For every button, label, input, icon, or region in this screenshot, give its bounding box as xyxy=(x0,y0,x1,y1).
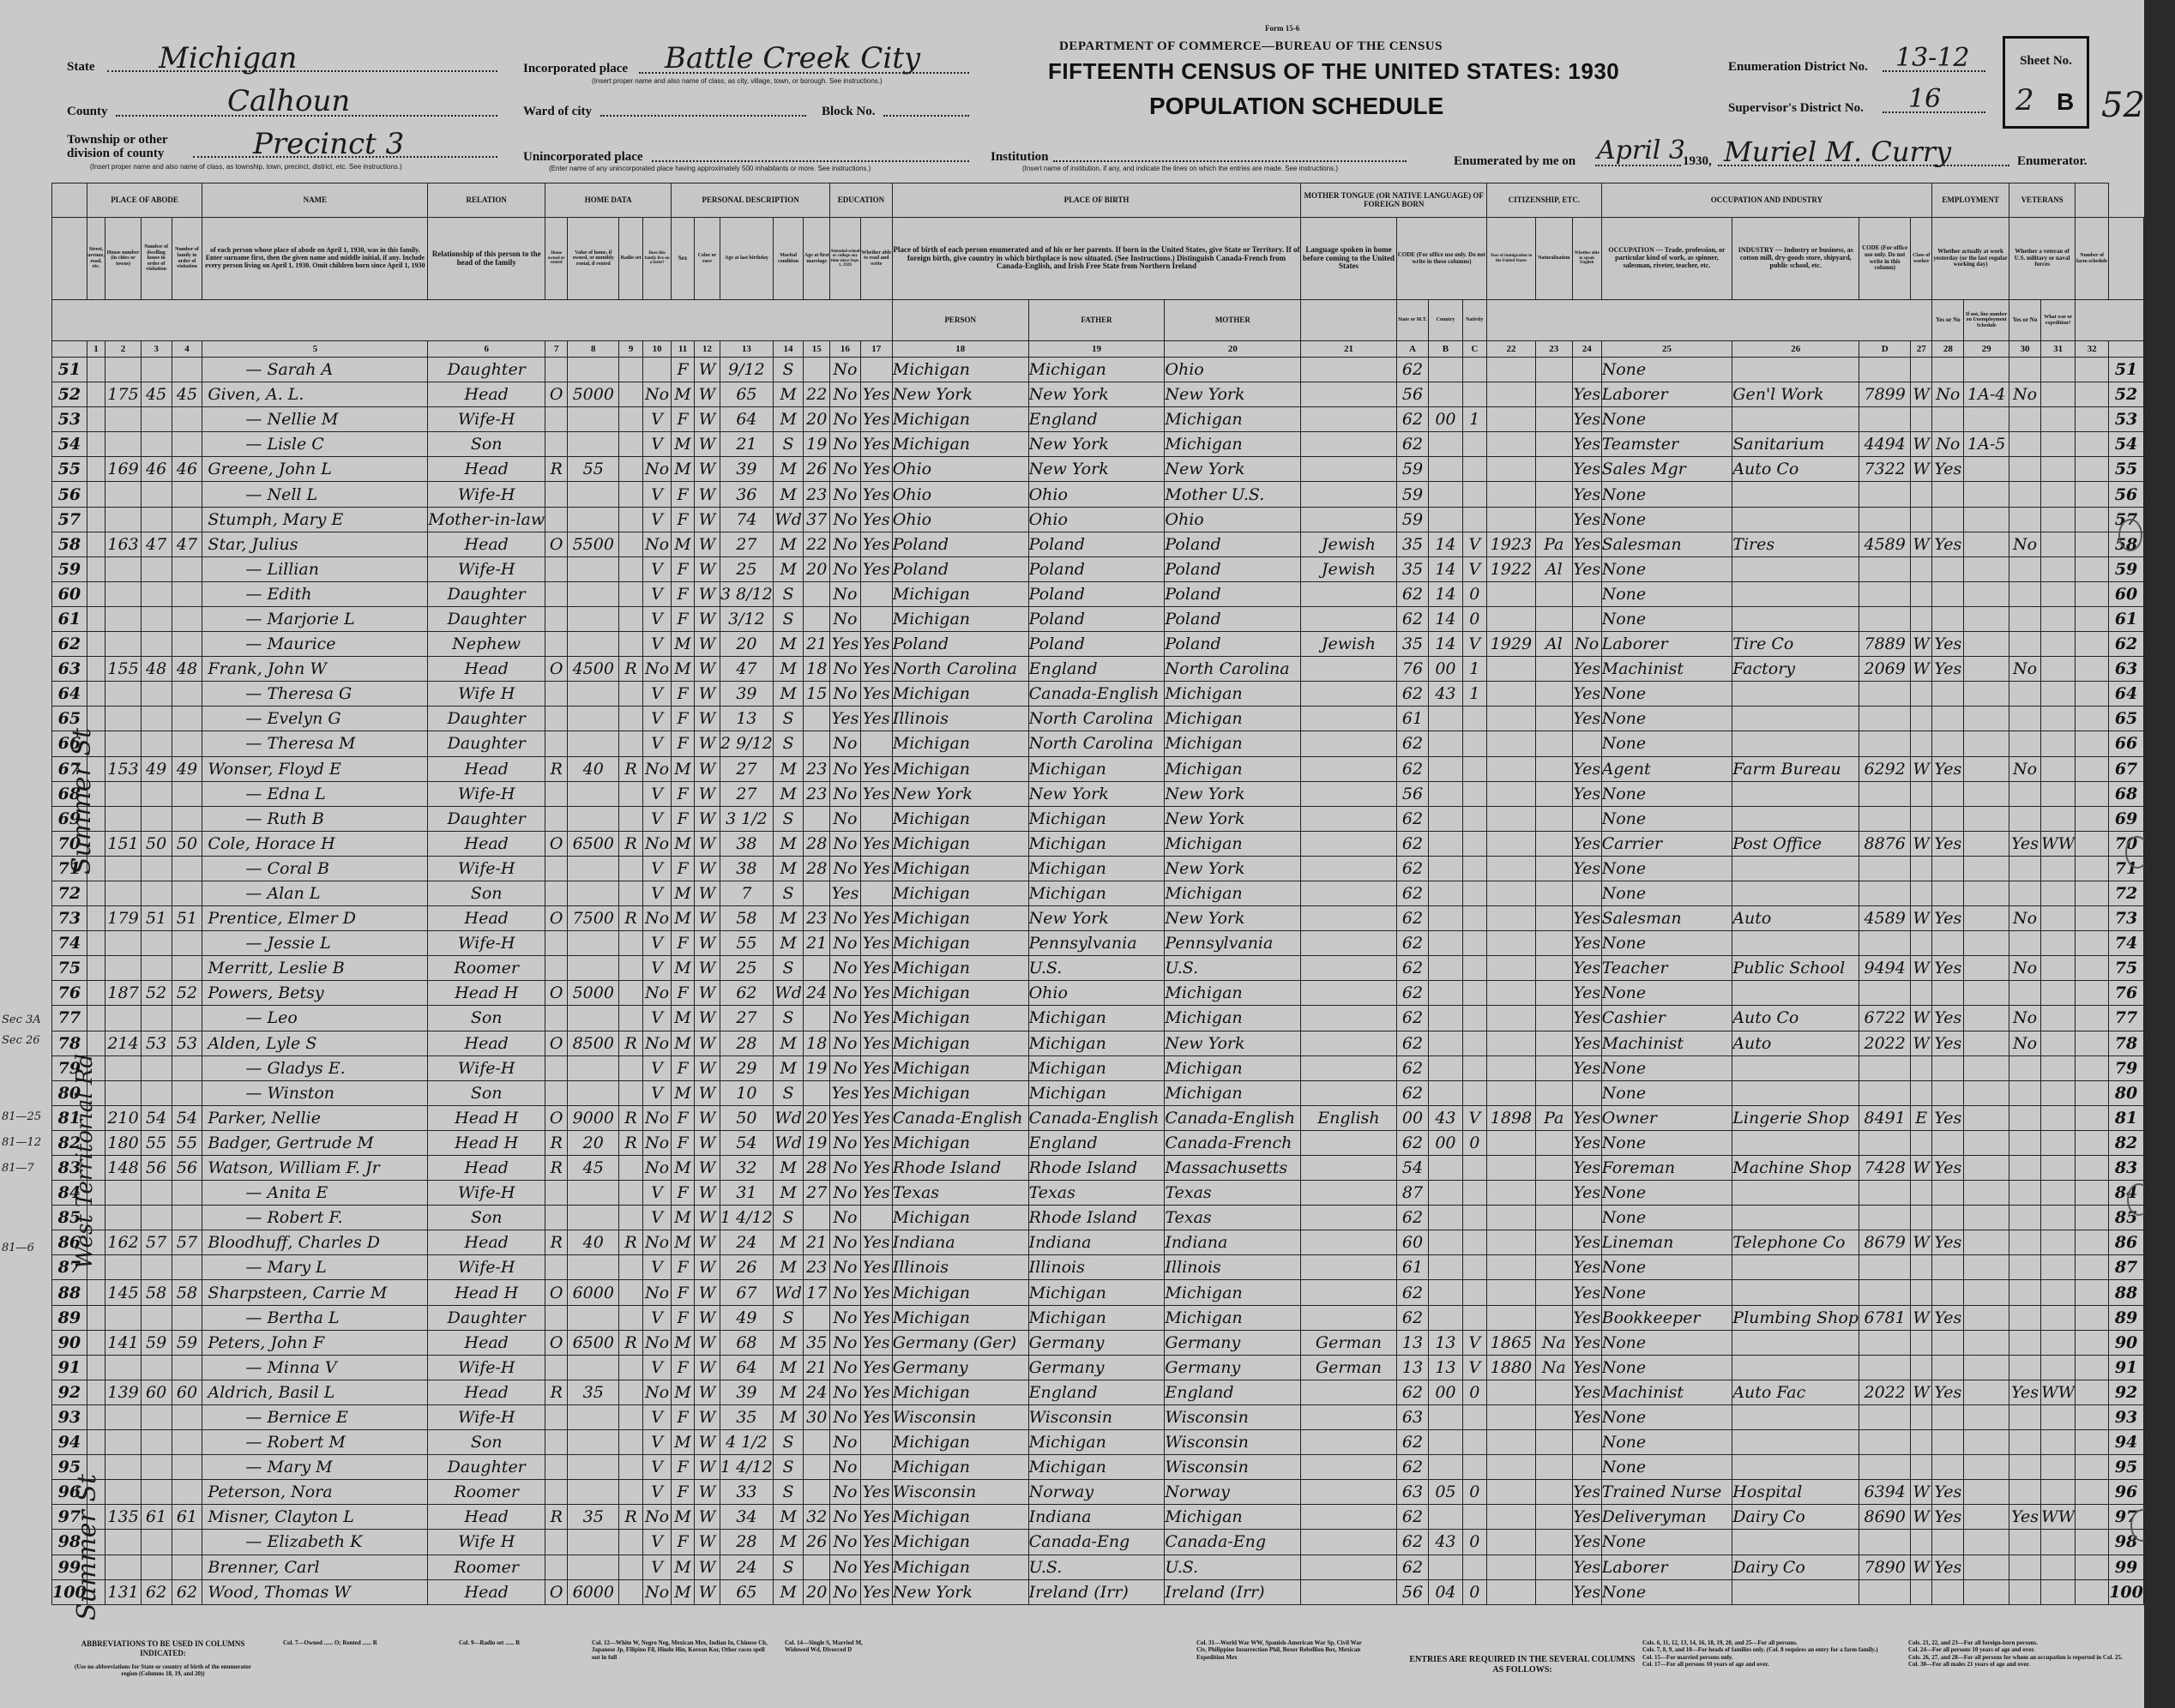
code-b xyxy=(1429,507,1462,532)
industry: Farm Bureau xyxy=(1732,756,1859,781)
table-row: 56— Nell LWife-HVFW36M23NoYesOhioOhioMot… xyxy=(52,482,2144,507)
code-b xyxy=(1429,781,1462,806)
code-c xyxy=(1462,981,1487,1006)
occupation: Machinist xyxy=(1601,1031,1732,1055)
dwelling-number: 53 xyxy=(141,1031,172,1055)
code-c xyxy=(1462,1255,1487,1280)
occupation: Deliveryman xyxy=(1601,1505,1732,1530)
table-row: 881455858Sharpsteen, Carrie MHead HO6000… xyxy=(52,1280,2144,1305)
birthplace-person: Poland xyxy=(892,632,1028,657)
dwelling-number xyxy=(141,707,172,731)
veteran: Yes xyxy=(2009,1380,2040,1404)
veteran: No xyxy=(2009,532,2040,556)
age-first-marriage: 28 xyxy=(804,856,830,881)
age-first-marriage xyxy=(804,731,830,756)
birthplace-father: Poland xyxy=(1028,606,1165,631)
industry: Auto xyxy=(1732,1031,1859,1055)
age-first-marriage xyxy=(804,1006,830,1031)
unemployment-line xyxy=(1964,1355,2009,1380)
birthplace-person: Illinois xyxy=(892,707,1028,731)
read-write: Yes xyxy=(860,707,892,731)
incorporated-value: Battle Creek City xyxy=(665,41,920,75)
veteran xyxy=(2009,1230,2040,1255)
code-c xyxy=(1462,1206,1487,1230)
table-row: 68— Edna LWife-HVFW27M23NoYesNew YorkNew… xyxy=(52,781,2144,806)
family-number xyxy=(172,731,202,756)
industry: Auto xyxy=(1732,906,1859,931)
age-first-marriage xyxy=(804,1305,830,1330)
farm-schedule xyxy=(2076,1280,2109,1305)
mother-tongue xyxy=(1301,781,1396,806)
house-number xyxy=(105,1006,141,1031)
class-of-worker: W xyxy=(1911,1380,1932,1404)
war xyxy=(2041,781,2076,806)
mother-tongue xyxy=(1301,358,1396,382)
farm: No xyxy=(642,457,671,482)
unemployment-line xyxy=(1964,532,2009,556)
at-work xyxy=(1932,358,1964,382)
farm-schedule xyxy=(2076,1206,2109,1230)
code-b xyxy=(1429,731,1462,756)
sex: F xyxy=(672,1130,695,1155)
at-work xyxy=(1932,507,1964,532)
person-name: Powers, Betsy xyxy=(202,981,428,1006)
speaks-english: Yes xyxy=(1572,682,1601,707)
naturalization xyxy=(1535,1505,1572,1530)
naturalization: Pa xyxy=(1535,1105,1572,1130)
occupation-code xyxy=(1859,606,1911,631)
sheet-suffix: B xyxy=(2057,88,2074,116)
war xyxy=(2041,581,2076,606)
col-immigration-year: Year of immigration to the United States xyxy=(1487,218,1536,300)
person-name: Greene, John L xyxy=(202,457,428,482)
read-write: Yes xyxy=(860,1006,892,1031)
read-write: Yes xyxy=(860,1530,892,1555)
farm-schedule xyxy=(2076,556,2109,581)
birthplace-mother: New York xyxy=(1165,806,1301,831)
unemployment-line xyxy=(1964,581,2009,606)
line-number-right: 63 xyxy=(2109,657,2144,682)
group-home-data: HOME DATA xyxy=(545,183,672,218)
marital: M xyxy=(773,1579,803,1604)
veteran xyxy=(2009,1530,2040,1555)
code-a: 13 xyxy=(1396,1355,1429,1380)
col-owned-rented: Home owned or rented xyxy=(545,218,568,300)
person-name: — Alan L xyxy=(202,881,428,905)
house-number xyxy=(105,581,141,606)
table-row: 861625757Bloodhuff, Charles DHeadR40RNoM… xyxy=(52,1230,2144,1255)
naturalization: Pa xyxy=(1535,532,1572,556)
naturalization: Al xyxy=(1535,556,1572,581)
entries-title: ENTRIES ARE REQUIRED IN THE SEVERAL COLU… xyxy=(1407,1655,1638,1675)
naturalization xyxy=(1535,1430,1572,1455)
class-of-worker: W xyxy=(1911,532,1932,556)
column-number: 23 xyxy=(1535,341,1572,358)
owned-rented xyxy=(545,1055,568,1080)
unemployment-line xyxy=(1964,1006,2009,1031)
birthplace-father: Michigan xyxy=(1028,856,1165,881)
dwelling-number xyxy=(141,606,172,631)
street-cell xyxy=(87,532,105,556)
sex: M xyxy=(672,1380,695,1404)
street-cell xyxy=(87,881,105,905)
occupation-code xyxy=(1859,1130,1911,1155)
col-home-value: Value of home, if owned, or monthly rent… xyxy=(568,218,619,300)
veteran: No xyxy=(2009,956,2040,981)
naturalization xyxy=(1535,956,1572,981)
war xyxy=(2041,1280,2076,1305)
farm: No xyxy=(642,532,671,556)
farm: V xyxy=(642,407,671,432)
unemployment-line xyxy=(1964,1505,2009,1530)
occupation-code: 8491 xyxy=(1859,1105,1911,1130)
line-number: 89 xyxy=(52,1305,87,1330)
occupation-code xyxy=(1859,1206,1911,1230)
dwelling-number: 59 xyxy=(141,1330,172,1355)
speaks-english xyxy=(1572,358,1601,382)
family-number: 46 xyxy=(172,457,202,482)
column-number: 12 xyxy=(694,341,720,358)
block-label: Block No. xyxy=(822,105,876,119)
relation: Head xyxy=(428,756,545,781)
race: W xyxy=(694,1031,720,1055)
naturalization: Na xyxy=(1535,1330,1572,1355)
war xyxy=(2041,1330,2076,1355)
age: 20 xyxy=(720,632,774,657)
birthplace-father: Indiana xyxy=(1028,1230,1165,1255)
farm-schedule xyxy=(2076,1505,2109,1530)
home-value xyxy=(568,1080,619,1105)
veteran xyxy=(2009,731,2040,756)
industry xyxy=(1732,1280,1859,1305)
at-work xyxy=(1932,682,1964,707)
veteran: Yes xyxy=(2009,831,2040,856)
home-value xyxy=(568,632,619,657)
home-value: 35 xyxy=(568,1380,619,1404)
family-number: 56 xyxy=(172,1156,202,1181)
speaks-english: Yes xyxy=(1572,1480,1601,1505)
veteran xyxy=(2009,707,2040,731)
occupation-code: 6394 xyxy=(1859,1480,1911,1505)
house-number xyxy=(105,432,141,457)
code-a: 61 xyxy=(1396,1255,1429,1280)
sex: M xyxy=(672,756,695,781)
sex: M xyxy=(672,532,695,556)
col-read-write: Whether able to read and write xyxy=(860,218,892,300)
group-relation: RELATION xyxy=(428,183,545,218)
radio-set xyxy=(619,731,643,756)
occupation: None xyxy=(1601,358,1732,382)
veteran: No xyxy=(2009,382,2040,407)
age-first-marriage: 23 xyxy=(804,482,830,507)
speaks-english xyxy=(1572,1430,1601,1455)
birthplace-father: Canada-English xyxy=(1028,682,1165,707)
col-name: of each person whose place of abode on A… xyxy=(202,218,428,300)
war xyxy=(2041,1555,2076,1579)
line-number: 60 xyxy=(52,581,87,606)
unemployment-line xyxy=(1964,1305,2009,1330)
family-number: 58 xyxy=(172,1280,202,1305)
occupation-code xyxy=(1859,1181,1911,1206)
speaks-english: Yes xyxy=(1572,556,1601,581)
naturalization xyxy=(1535,881,1572,905)
dwelling-number xyxy=(141,407,172,432)
house-number: 214 xyxy=(105,1031,141,1055)
marital: S xyxy=(773,1455,803,1480)
unemployment-line xyxy=(1964,906,2009,931)
naturalization xyxy=(1535,1080,1572,1105)
age: 39 xyxy=(720,1380,774,1404)
age-first-marriage xyxy=(804,881,830,905)
birthplace-father: U.S. xyxy=(1028,956,1165,981)
house-number xyxy=(105,707,141,731)
abbrev-note: (Use no abbreviations for State or count… xyxy=(69,1663,257,1678)
marital: S xyxy=(773,1305,803,1330)
person-name: — Edith xyxy=(202,581,428,606)
farm-schedule xyxy=(2076,1255,2109,1280)
code-c: 1 xyxy=(1462,682,1487,707)
birthplace-person: Michigan xyxy=(892,1055,1028,1080)
table-row: 94— Robert MSonVMW4 1/2SNoMichiganMichig… xyxy=(52,1430,2144,1455)
immigration-year xyxy=(1487,1555,1536,1579)
farm-schedule xyxy=(2076,1404,2109,1429)
class-of-worker: W xyxy=(1911,1555,1932,1579)
owned-rented: R xyxy=(545,1130,568,1155)
street-cell xyxy=(87,1330,105,1355)
age-first-marriage xyxy=(804,581,830,606)
table-row: 75Merritt, Leslie BRoomerVMW25SNoYesMich… xyxy=(52,956,2144,981)
farm: V xyxy=(642,1055,671,1080)
veterans-note: Whether a veteran of U.S. military or na… xyxy=(2009,218,2075,300)
at-work xyxy=(1932,1404,1964,1429)
farm-schedule xyxy=(2076,1230,2109,1255)
family-number: 49 xyxy=(172,756,202,781)
marital: M xyxy=(773,657,803,682)
birthplace-father: Michigan xyxy=(1028,1055,1165,1080)
veteran: No xyxy=(2009,906,2040,931)
age-first-marriage: 21 xyxy=(804,1355,830,1380)
birthplace-father: Poland xyxy=(1028,581,1165,606)
unemployment-line xyxy=(1964,1430,2009,1455)
birthplace-mother: Massachusetts xyxy=(1165,1156,1301,1181)
birthplace-father: Texas xyxy=(1028,1181,1165,1206)
class-of-worker xyxy=(1911,606,1932,631)
class-of-worker xyxy=(1911,507,1932,532)
speaks-english: Yes xyxy=(1572,1130,1601,1155)
attended-school: No xyxy=(830,1330,860,1355)
line-number-right: 79 xyxy=(2109,1055,2144,1080)
marital: M xyxy=(773,831,803,856)
home-value: 6500 xyxy=(568,1330,619,1355)
race: W xyxy=(694,1579,720,1604)
owned-rented: O xyxy=(545,981,568,1006)
street-cell xyxy=(87,1006,105,1031)
table-row: 80— WinstonSonVMW10SYesYesMichiganMichig… xyxy=(52,1080,2144,1105)
person-name: Sharpsteen, Carrie M xyxy=(202,1280,428,1305)
speaks-english xyxy=(1572,1206,1601,1230)
age: 1 4/12 xyxy=(720,1206,774,1230)
dwelling-number xyxy=(141,682,172,707)
age: 55 xyxy=(720,931,774,956)
at-work: Yes xyxy=(1932,1105,1964,1130)
race: W xyxy=(694,1505,720,1530)
house-number: 135 xyxy=(105,1505,141,1530)
dwelling-number: 55 xyxy=(141,1130,172,1155)
birthplace-person: Michigan xyxy=(892,606,1028,631)
occupation-code xyxy=(1859,1330,1911,1355)
code-a: 62 xyxy=(1396,1031,1429,1055)
class-of-worker xyxy=(1911,781,1932,806)
age: 68 xyxy=(720,1330,774,1355)
naturalization xyxy=(1535,831,1572,856)
attended-school: No xyxy=(830,482,860,507)
speaks-english: Yes xyxy=(1572,1181,1601,1206)
unemployment-line xyxy=(1964,1055,2009,1080)
farm-schedule xyxy=(2076,756,2109,781)
occupation: Lineman xyxy=(1601,1230,1732,1255)
birthplace-father: New York xyxy=(1028,432,1165,457)
family-number xyxy=(172,432,202,457)
person-name: — Mary L xyxy=(202,1255,428,1280)
sex: F xyxy=(672,1055,695,1080)
farm-schedule xyxy=(2076,881,2109,905)
radio-set xyxy=(619,1006,643,1031)
person-name: — Elizabeth K xyxy=(202,1530,428,1555)
at-work xyxy=(1932,881,1964,905)
radio-set: R xyxy=(619,1031,643,1055)
relation: Wife-H xyxy=(428,781,545,806)
code-c: 0 xyxy=(1462,581,1487,606)
column-number: C xyxy=(1462,341,1487,358)
street-cell xyxy=(87,556,105,581)
code-b xyxy=(1429,1555,1462,1579)
birthplace-person: Michigan xyxy=(892,1530,1028,1555)
attended-school: No xyxy=(830,1130,860,1155)
read-write: Yes xyxy=(860,931,892,956)
code-a: 54 xyxy=(1396,1156,1429,1181)
war xyxy=(2041,981,2076,1006)
house-number xyxy=(105,556,141,581)
speaks-english xyxy=(1572,1080,1601,1105)
table-row: 671534949Wonser, Floyd EHeadR40RNoMW27M2… xyxy=(52,756,2144,781)
marital: S xyxy=(773,1480,803,1505)
family-number xyxy=(172,781,202,806)
occupation-code xyxy=(1859,1055,1911,1080)
war xyxy=(2041,931,2076,956)
immigration-year: 1922 xyxy=(1487,556,1536,581)
street-cell xyxy=(87,981,105,1006)
farm: No xyxy=(642,1230,671,1255)
col-code-d: CODE (For office use only. Do not write … xyxy=(1859,218,1911,300)
marital: M xyxy=(773,532,803,556)
code-b xyxy=(1429,1156,1462,1181)
margin-note: 81—12 xyxy=(2,1136,41,1149)
house-number: 162 xyxy=(105,1230,141,1255)
age-first-marriage: 35 xyxy=(804,1330,830,1355)
industry xyxy=(1732,606,1859,631)
radio-set xyxy=(619,1455,643,1480)
industry xyxy=(1732,556,1859,581)
birthplace-mother: New York xyxy=(1165,382,1301,407)
industry: Post Office xyxy=(1732,831,1859,856)
line-number-right: 82 xyxy=(2109,1130,2144,1155)
war xyxy=(2041,632,2076,657)
marital: M xyxy=(773,906,803,931)
age: 39 xyxy=(720,682,774,707)
speaks-english: Yes xyxy=(1572,906,1601,931)
code-c xyxy=(1462,457,1487,482)
radio-set xyxy=(619,1430,643,1455)
marital: M xyxy=(773,382,803,407)
line-number: 90 xyxy=(52,1330,87,1355)
birthplace-father: Rhode Island xyxy=(1028,1206,1165,1230)
radio-set xyxy=(619,606,643,631)
occupation: None xyxy=(1601,1055,1732,1080)
code-c xyxy=(1462,382,1487,407)
person-name: — Theresa G xyxy=(202,682,428,707)
marital: M xyxy=(773,1230,803,1255)
radio-set xyxy=(619,581,643,606)
veteran xyxy=(2009,1579,2040,1604)
line-number-right: 88 xyxy=(2109,1280,2144,1305)
house-number xyxy=(105,1404,141,1429)
marital: M xyxy=(773,407,803,432)
person-name: Given, A. L. xyxy=(202,382,428,407)
dwelling-number: 45 xyxy=(141,382,172,407)
sex: F xyxy=(672,682,695,707)
occupation: None xyxy=(1601,1206,1732,1230)
dwelling-number xyxy=(141,507,172,532)
attended-school: No xyxy=(830,407,860,432)
immigration-year xyxy=(1487,1156,1536,1181)
mother-tongue xyxy=(1301,1380,1396,1404)
code-b: 43 xyxy=(1429,1530,1462,1555)
class-of-worker xyxy=(1911,1355,1932,1380)
class-of-worker: W xyxy=(1911,1480,1932,1505)
line-number: 88 xyxy=(52,1280,87,1305)
marital: S xyxy=(773,581,803,606)
marital: S xyxy=(773,1430,803,1455)
code-b xyxy=(1429,1006,1462,1031)
line-number: 59 xyxy=(52,556,87,581)
ed-value: 13-12 xyxy=(1895,43,1969,73)
line-number: 94 xyxy=(52,1430,87,1455)
industry xyxy=(1732,781,1859,806)
dwelling-number xyxy=(141,1080,172,1105)
home-value xyxy=(568,1455,619,1480)
speaks-english: Yes xyxy=(1572,1404,1601,1429)
table-row: 51— Sarah ADaughterFW9/12SNoMichiganMich… xyxy=(52,358,2144,382)
birthplace-person: Ohio xyxy=(892,482,1028,507)
marital: Wd xyxy=(773,1105,803,1130)
line-number-right: 83 xyxy=(2109,1156,2144,1181)
relation: Daughter xyxy=(428,806,545,831)
street-cell xyxy=(87,1404,105,1429)
occupation: Salesman xyxy=(1601,532,1732,556)
age: 38 xyxy=(720,831,774,856)
at-work xyxy=(1932,1181,1964,1206)
person-name: Peters, John F xyxy=(202,1330,428,1355)
dwelling-number xyxy=(141,581,172,606)
dwelling-number: 49 xyxy=(141,756,172,781)
relation: Roomer xyxy=(428,1480,545,1505)
code-c xyxy=(1462,856,1487,881)
war xyxy=(2041,856,2076,881)
war xyxy=(2041,1579,2076,1604)
age-first-marriage: 15 xyxy=(804,682,830,707)
home-value xyxy=(568,956,619,981)
relation: Wife-H xyxy=(428,1355,545,1380)
